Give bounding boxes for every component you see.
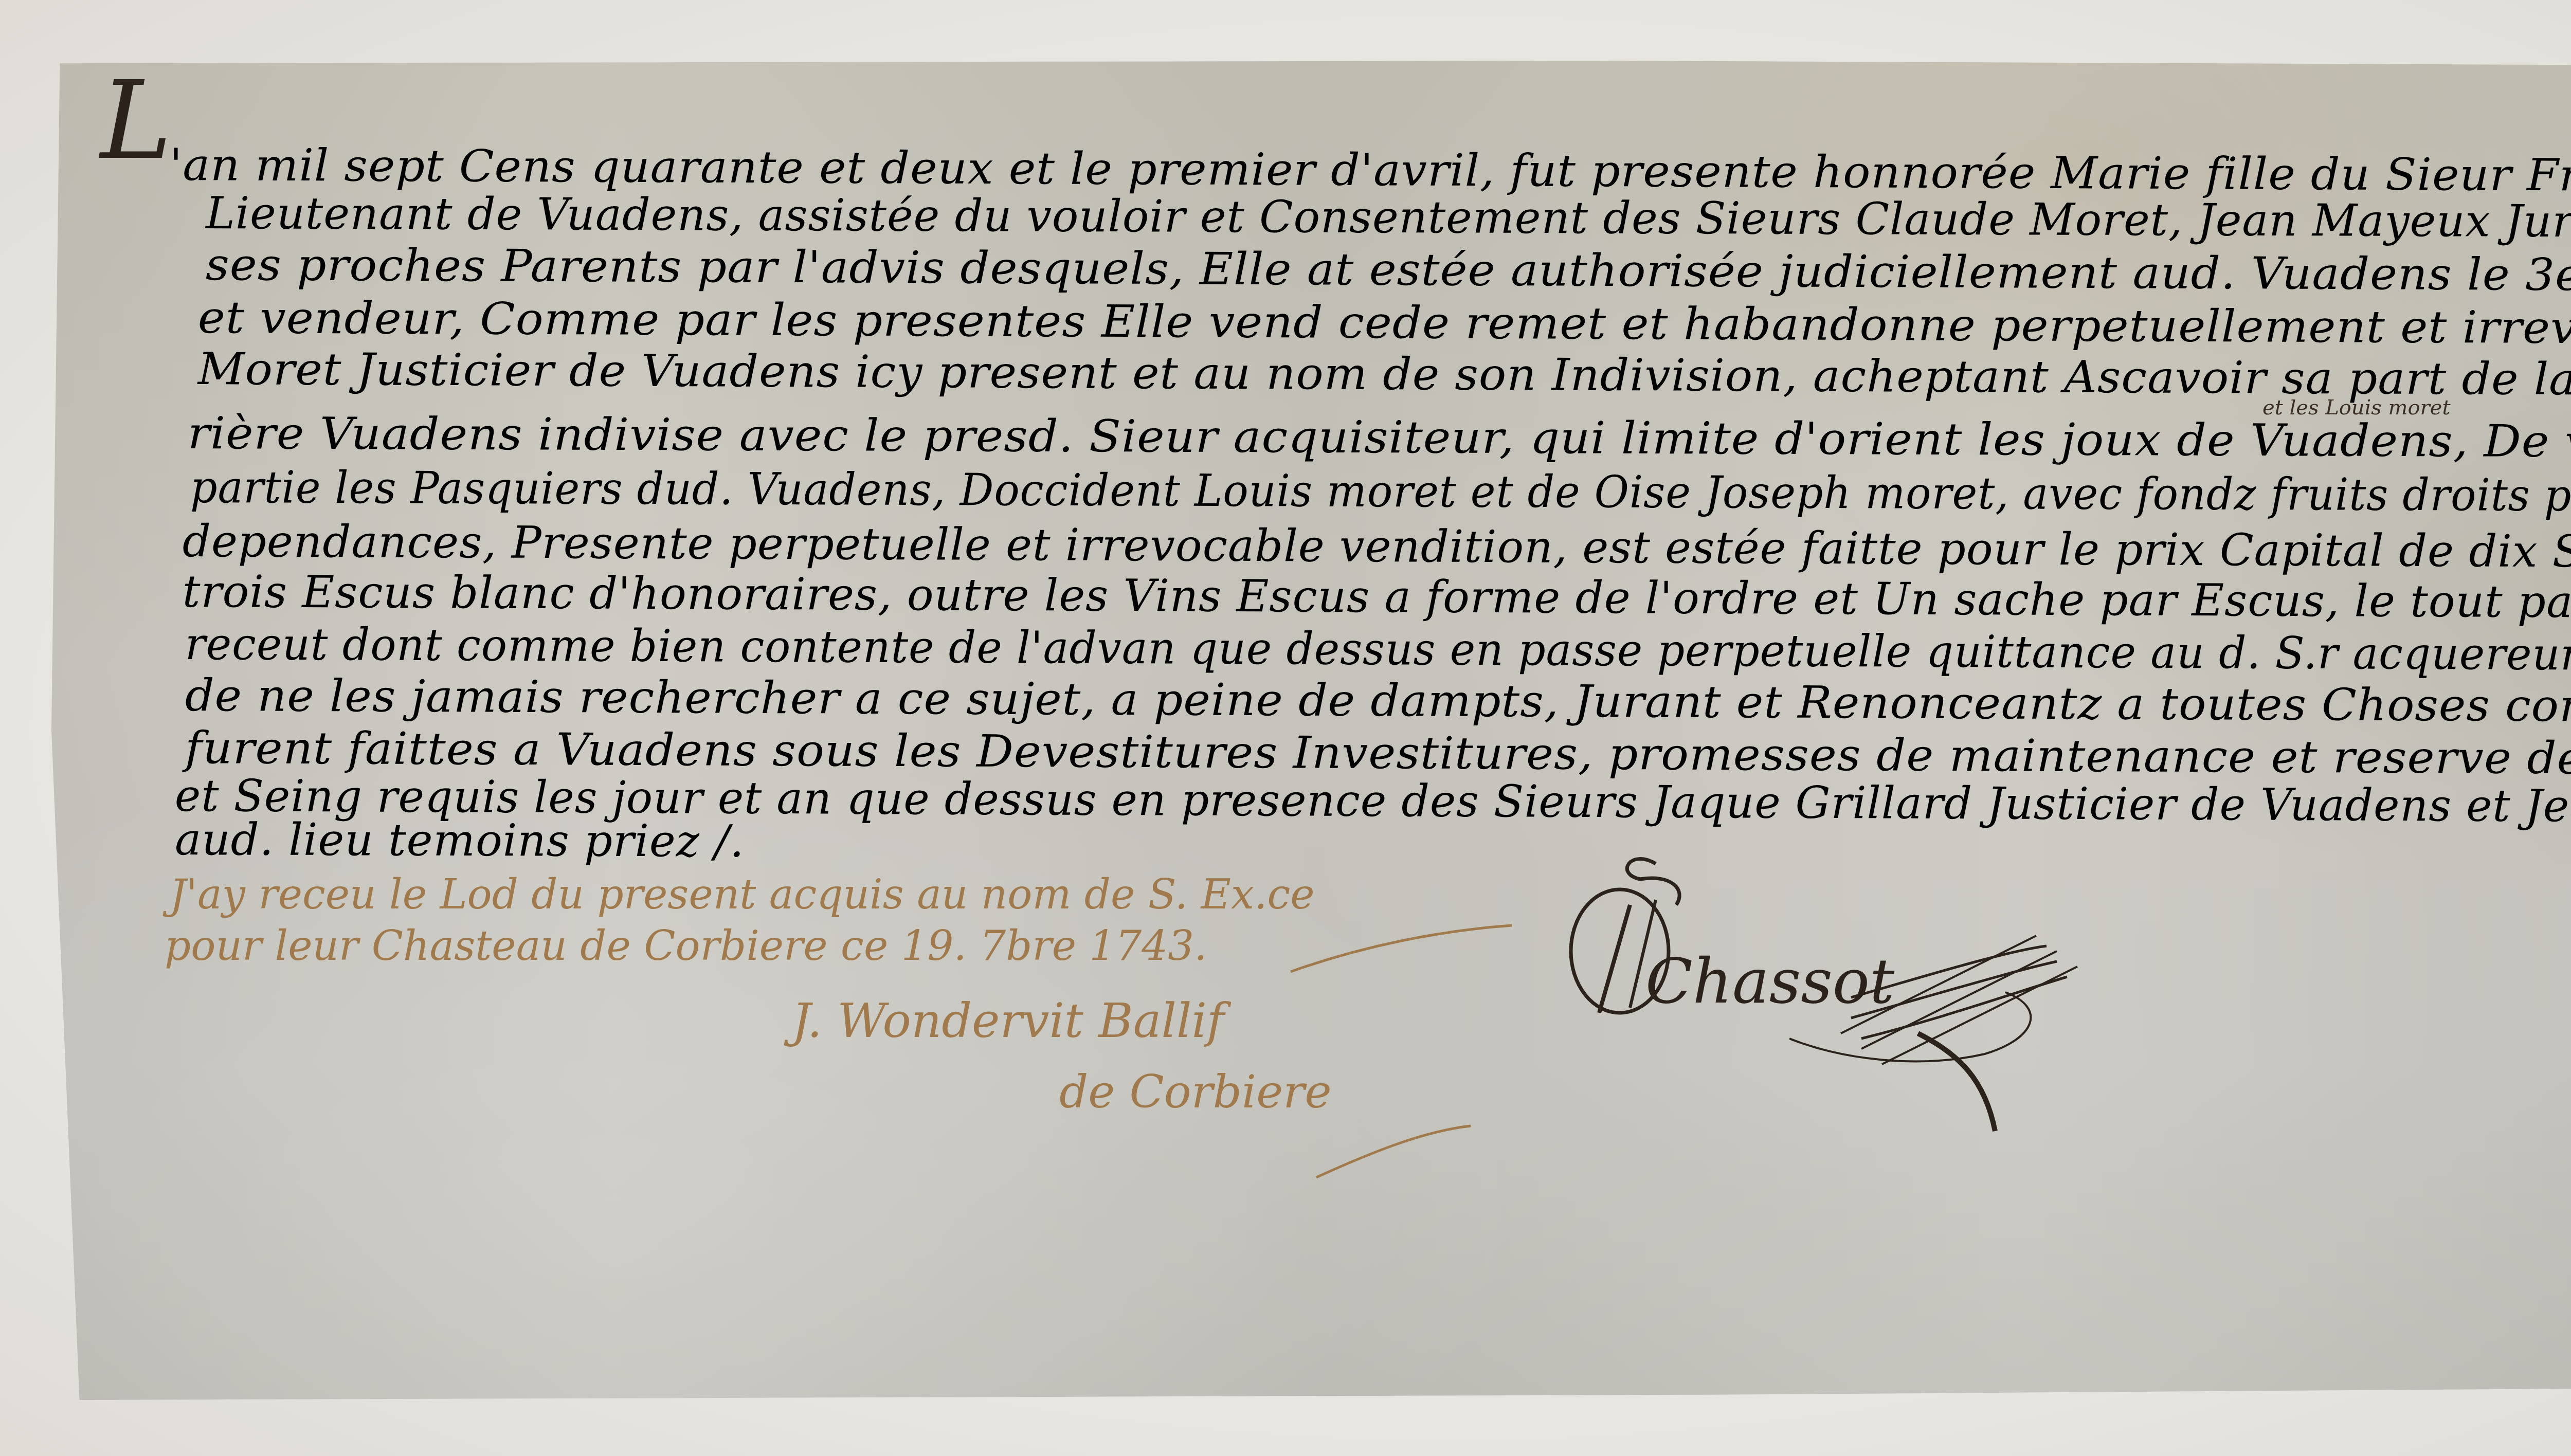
body-line-10: receut dont comme bien contente de l'adv… xyxy=(185,622,2571,680)
bailiff-flourish-icon xyxy=(1311,1121,1476,1182)
bailiff-signature: J. Wondervit Ballif xyxy=(792,997,1224,1045)
body-line-6: rière Vuadens indivise avec le presd. Si… xyxy=(188,411,2571,466)
opening-initial: L xyxy=(100,67,172,175)
body-line-14: aud. lieu temoins priez /. xyxy=(175,817,745,864)
body-line-11: de ne les jamais rechercher a ce sujet, … xyxy=(185,674,2571,731)
bailiff-title: de Corbiere xyxy=(1059,1069,1331,1115)
endorsement-line-1: J'ay receu le Lod du present acquis au n… xyxy=(170,874,1315,915)
body-line-3: ses proches Parents par l'advis desquels… xyxy=(206,243,2571,300)
body-line-2: Lieutenant de Vuadens, assistée du voulo… xyxy=(206,191,2571,246)
body-line-7: partie les Pasquiers dud. Vuadens, Docci… xyxy=(190,465,2571,520)
body-line-9: trois Escus blanc d'honoraires, outre le… xyxy=(183,570,2571,627)
endorsement-line-2: pour leur Chasteau de Corbiere ce 19. 7b… xyxy=(165,925,1207,967)
notary-paraph-icon xyxy=(1789,915,2211,1172)
body-line-5: Moret Justicier de Vuadens icy present e… xyxy=(198,347,2571,405)
endorsement-flourish-icon xyxy=(1285,915,1517,977)
